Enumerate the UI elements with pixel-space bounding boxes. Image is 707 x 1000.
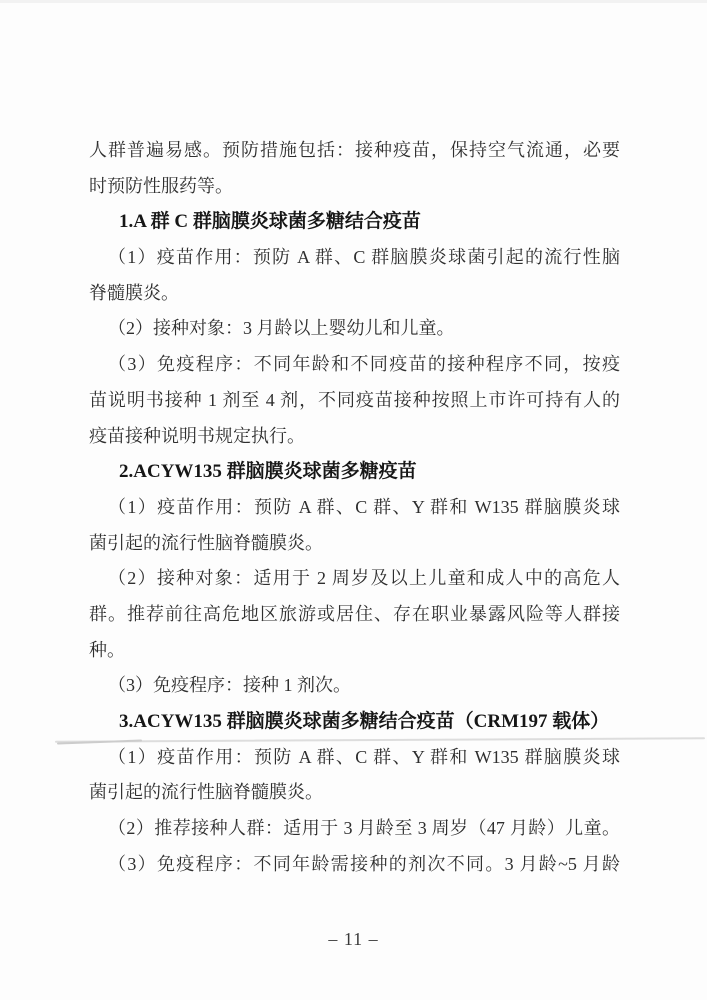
paragraph-line: 菌引起的流行性脑脊髓膜炎。 — [89, 775, 620, 811]
paragraph-line: （2）接种对象：3 月龄以上婴幼儿和儿童。 — [89, 311, 620, 347]
section-heading: 1.A 群 C 群脑膜炎球菌多糖结合疫苗 — [89, 204, 620, 240]
paragraph-line: 群。推荐前往高危地区旅游或居住、存在职业暴露风险等人群接 — [89, 597, 620, 633]
section-heading: 3.ACYW135 群脑膜炎球菌多糖结合疫苗（CRM197 载体） — [89, 704, 620, 740]
paragraph-line: （1）疫苗作用：预防 A 群、C 群、Y 群和 W135 群脑膜炎球 — [89, 490, 620, 526]
paragraph-line: （1）疫苗作用：预防 A 群、C 群脑膜炎球菌引起的流行性脑 — [89, 240, 620, 276]
text-content: 人群普遍易感。预防措施包括：接种疫苗，保持空气流通，必要 时预防性服药等。 1.… — [89, 133, 620, 882]
paragraph-line: （2）接种对象：适用于 2 周岁及以上儿童和成人中的高危人 — [89, 561, 620, 597]
document-page: 人群普遍易感。预防措施包括：接种疫苗，保持空气流通，必要 时预防性服药等。 1.… — [0, 0, 707, 1000]
scan-edge-artifact — [0, 0, 707, 3]
page-number: – 11 – — [0, 929, 707, 950]
paragraph-line: 脊髓膜炎。 — [89, 276, 620, 312]
section-heading: 2.ACYW135 群脑膜炎球菌多糖疫苗 — [89, 454, 620, 490]
paragraph-line: （1）疫苗作用：预防 A 群、C 群、Y 群和 W135 群脑膜炎球 — [89, 740, 620, 776]
paragraph-line: 疫苗接种说明书规定执行。 — [89, 419, 620, 455]
paragraph-line: 人群普遍易感。预防措施包括：接种疫苗，保持空气流通，必要 — [89, 133, 620, 169]
paragraph-line: 种。 — [89, 633, 620, 669]
paragraph-line: （3）免疫程序：不同年龄和不同疫苗的接种程序不同，按疫 — [89, 347, 620, 383]
paragraph-line: （3）免疫程序：接种 1 剂次。 — [89, 668, 620, 704]
paragraph-line: 时预防性服药等。 — [89, 169, 620, 205]
paragraph-line: 菌引起的流行性脑脊髓膜炎。 — [89, 526, 620, 562]
paragraph-line: 苗说明书接种 1 剂至 4 剂，不同疫苗接种按照上市许可持有人的 — [89, 383, 620, 419]
paragraph-line: （3）免疫程序：不同年龄需接种的剂次不同。3 月龄~5 月龄 — [89, 847, 620, 883]
paragraph-line: （2）推荐接种人群：适用于 3 月龄至 3 周岁（47 月龄）儿童。 — [89, 811, 620, 847]
